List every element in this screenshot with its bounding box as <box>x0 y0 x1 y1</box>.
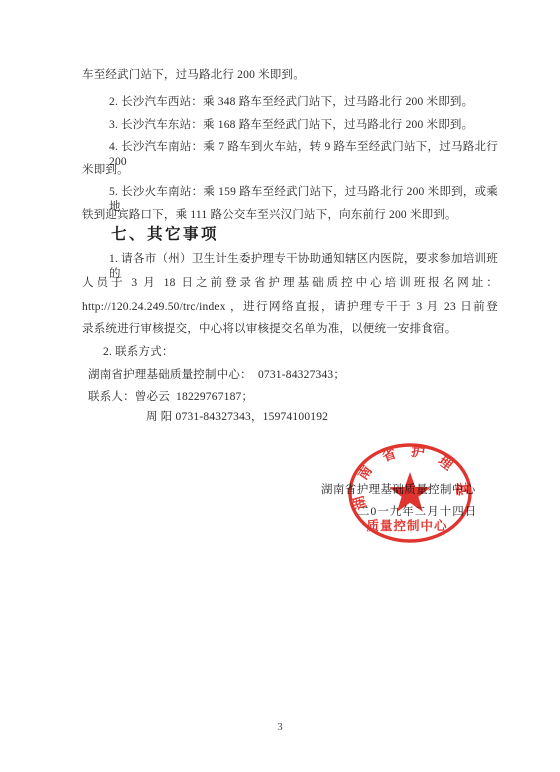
doc-line: 2. 联系方式： <box>103 345 174 360</box>
doc-line: 米即到。 <box>82 163 129 178</box>
doc-line: 2. 长沙汽车西站：乘 348 路车至经武门站下，过马路北行 200 米即到。 <box>109 95 473 110</box>
doc-line: 4. 长沙汽车南站：乘 7 路车到火车站，转 9 路车至经武门站下，过马路北行 … <box>109 140 498 170</box>
contact-person-line: 周 阳 0731-84327343，15974100192 <box>146 410 328 425</box>
star-icon <box>389 472 431 512</box>
official-seal-stamp: 湖南省护理基础 质量控制中心 <box>342 438 478 548</box>
doc-line: 3. 长沙汽车东站：乘 168 路车至经武门站下，过马路北行 200 米即到。 <box>109 118 473 133</box>
doc-line: 铁到迎宾路口下，乘 111 路公交车至兴汉门站下，向东前行 200 米即到。 <box>82 208 457 223</box>
contact-center-line: 湖南省护理基础质量控制中心： 0731-84327343； <box>88 368 345 383</box>
section-header: 七、其它事项 <box>111 227 219 242</box>
doc-line-with-url: http://120.24.249.50/trc/index ，进行网络直报，请… <box>82 300 498 315</box>
seal-bottom-text: 质量控制中心 <box>366 518 447 533</box>
document-page: 车至经武门站下，过马路北行 200 米即到。 2. 长沙汽车西站：乘 348 路… <box>0 0 560 772</box>
doc-line: 录系统进行审核提交，中心将以审核提交名单为准，以便统一安排食宿。 <box>82 322 456 337</box>
contact-person-line: 联系人：曾必云 18229767187； <box>88 390 253 405</box>
page-number: 3 <box>270 722 290 733</box>
doc-line: 人员于 3 月 18 日之前登录省护理基础质控中心培训班报名网址： <box>82 276 498 291</box>
doc-line: 车至经武门站下，过马路北行 200 米即到。 <box>82 68 305 83</box>
